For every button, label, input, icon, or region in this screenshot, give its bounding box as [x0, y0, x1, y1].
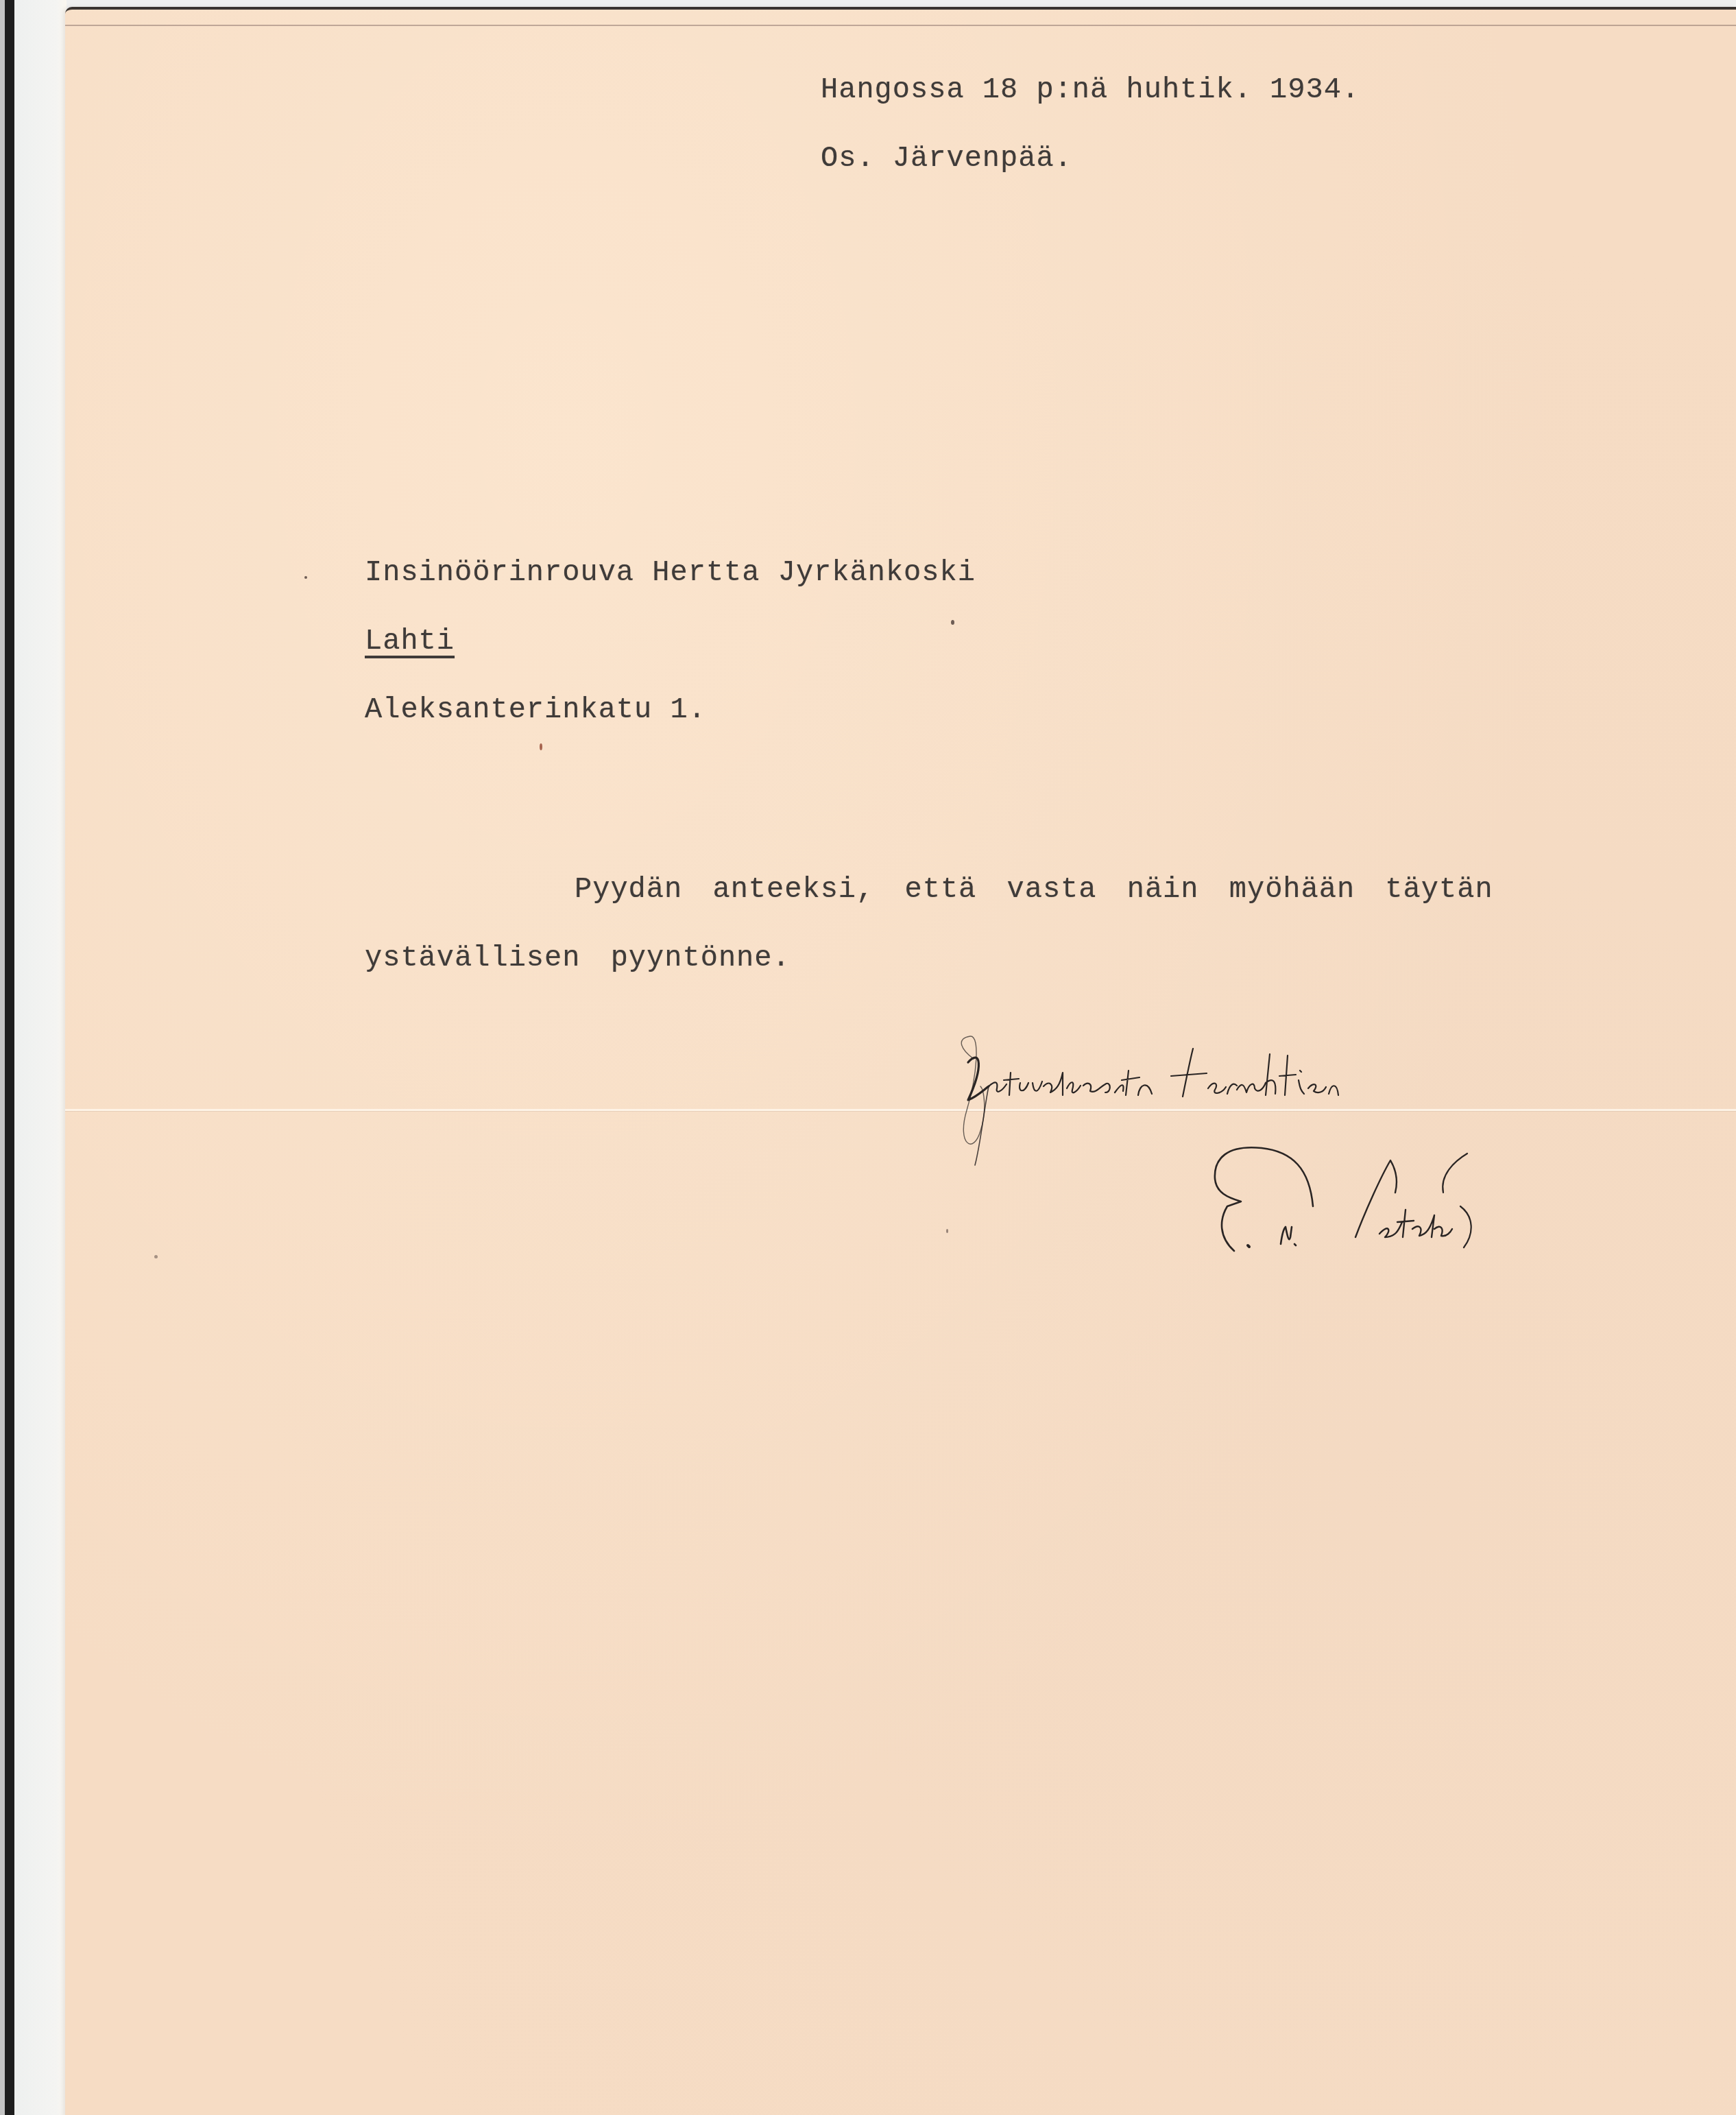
paper-speck [154, 1255, 158, 1258]
sender-address: Os. Järvenpää. [821, 144, 1072, 173]
recipient-name: Insinöörinrouva Hertta Jyrkänkoski [365, 558, 976, 587]
recipient-street: Aleksanterinkatu 1. [365, 695, 706, 724]
body-line-2: ystävällisen pyyntönne. [365, 944, 791, 972]
paper-speck [540, 743, 542, 750]
ink-speck [951, 620, 954, 625]
paper-fold-line [65, 1109, 1736, 1111]
recipient-city: Lahti [365, 627, 455, 656]
ink-speck [304, 576, 307, 579]
paper-speck [946, 1229, 948, 1233]
scanner-edge-black [5, 0, 14, 2115]
scanner-margin [14, 0, 67, 2115]
signature: E. N. Setälä [1186, 1141, 1488, 1258]
letter-page: Hangossa 18 p:nä huhtik. 1934. Os. Järve… [65, 7, 1736, 2115]
dateline: Hangossa 18 p:nä huhtik. 1934. [821, 75, 1360, 104]
body-line-1: Pyydän anteeksi, että vasta näin myöhään… [575, 875, 1493, 904]
paper-top-crease [65, 25, 1736, 26]
